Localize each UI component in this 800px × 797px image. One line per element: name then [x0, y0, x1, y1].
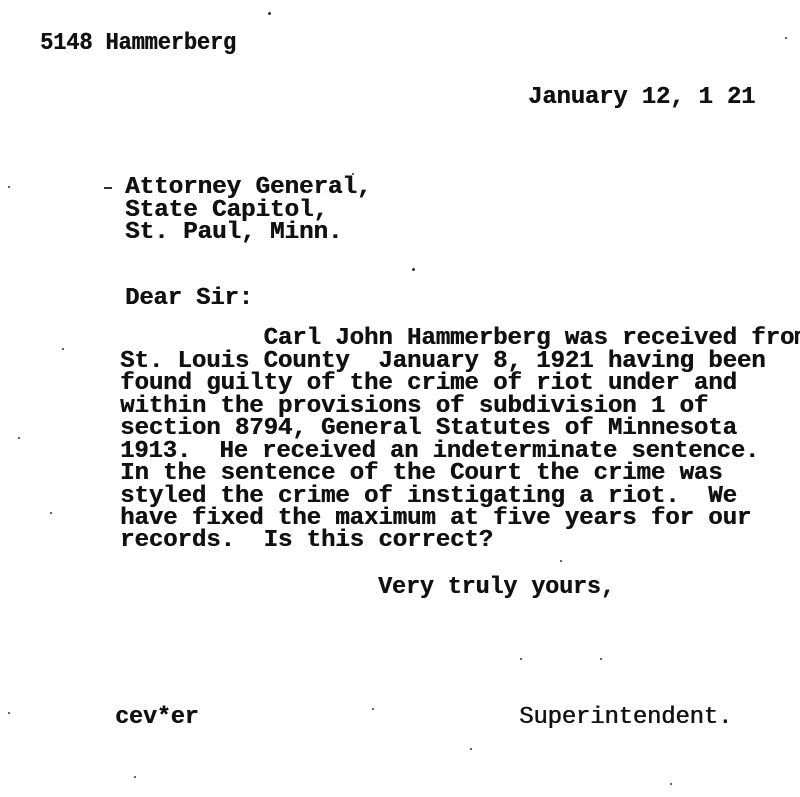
typist-initials: cev*er — [115, 706, 199, 730]
dash-mark — [104, 187, 112, 189]
scan-speck — [62, 348, 64, 350]
scan-speck — [8, 186, 10, 188]
letter-page: 5148 Hammerberg January 12, 1 21 Attorne… — [0, 0, 800, 797]
scan-speck — [268, 12, 271, 15]
recipient-line-3: St. Paul, Minn. — [125, 221, 342, 245]
scan-speck — [670, 783, 672, 785]
scan-speck — [134, 776, 136, 778]
scan-speck — [372, 708, 374, 710]
scan-speck — [600, 658, 602, 660]
scan-speck — [560, 560, 562, 562]
scan-speck — [8, 712, 10, 714]
closing: Very truly yours, — [378, 576, 615, 600]
scan-speck — [412, 268, 415, 271]
letter-date: January 12, 1 21 — [528, 86, 755, 110]
file-reference: 5148 Hammerberg — [40, 32, 236, 56]
scan-speck — [18, 437, 20, 439]
scan-speck — [50, 512, 52, 514]
scan-speck — [785, 37, 787, 39]
salutation: Dear Sir: — [125, 287, 253, 311]
scan-speck — [352, 173, 354, 175]
scan-speck — [520, 658, 522, 660]
signature-title: Superintendent. — [519, 706, 732, 730]
body-line: records. Is this correct? — [120, 529, 493, 553]
scan-speck — [470, 748, 472, 750]
